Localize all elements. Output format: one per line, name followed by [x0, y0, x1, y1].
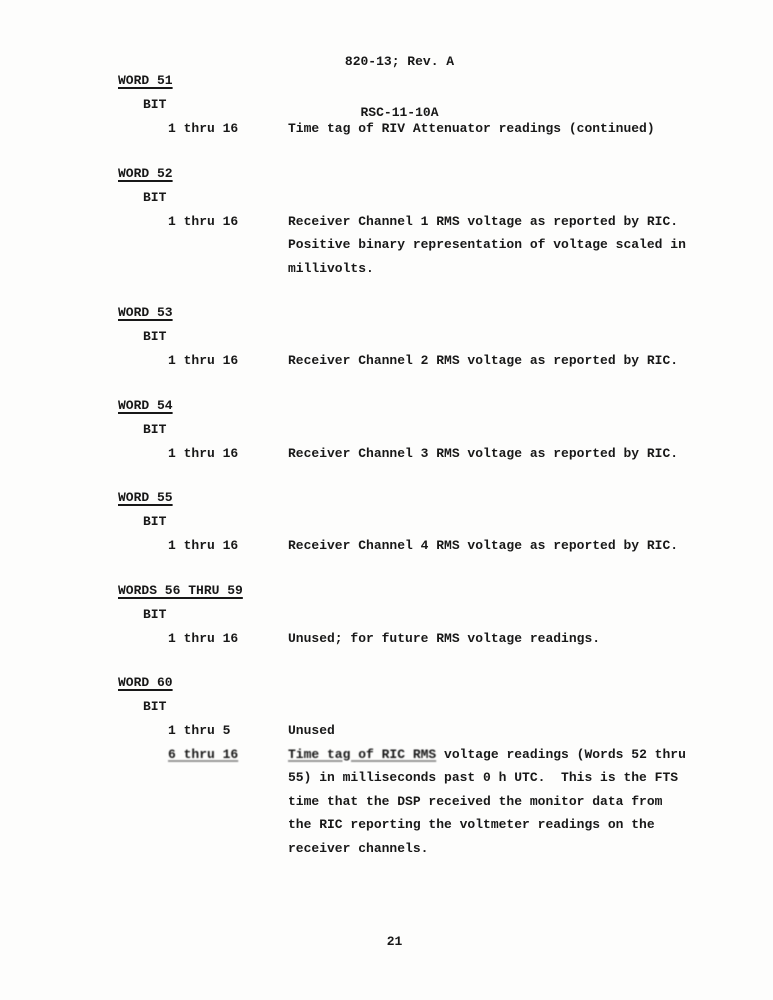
bit-range: 1 thru 16 [168, 442, 288, 466]
bit-range: 1 thru 16 [168, 627, 288, 651]
word-section: WORD 53BIT1 thru 16Receiver Channel 2 RM… [0, 301, 773, 373]
bit-label: BIT [143, 510, 773, 534]
description-line: the RIC reporting the voltmeter readings… [288, 813, 773, 837]
description-line: 55) in milliseconds past 0 h UTC. This i… [288, 766, 773, 790]
bit-range: 6 thru 16 [168, 743, 288, 861]
word-heading: WORD 54 [118, 398, 173, 413]
bit-row: 1 thru 16Receiver Channel 2 RMS voltage … [168, 349, 773, 373]
word-heading-row: WORD 55 [118, 486, 773, 510]
word-heading-row: WORDS 56 THRU 59 [118, 579, 773, 603]
bit-label: BIT [143, 325, 773, 349]
word-section: WORD 52BIT1 thru 16Receiver Channel 1 RM… [0, 162, 773, 281]
description-line: Positive binary representation of voltag… [288, 233, 773, 257]
bit-row: 1 thru 16Receiver Channel 4 RMS voltage … [168, 534, 773, 558]
bit-row: 1 thru 16Receiver Channel 3 RMS voltage … [168, 442, 773, 466]
bit-description: Receiver Channel 1 RMS voltage as report… [288, 210, 773, 281]
word-heading: WORD 52 [118, 166, 173, 181]
word-heading-row: WORD 60 [118, 671, 773, 695]
bit-range: 1 thru 16 [168, 534, 288, 558]
description-line: Receiver Channel 3 RMS voltage as report… [288, 442, 773, 466]
word-heading-row: WORD 54 [118, 394, 773, 418]
description-line: time that the DSP received the monitor d… [288, 790, 773, 814]
word-heading: WORD 55 [118, 490, 173, 505]
bit-label: BIT [143, 186, 773, 210]
bit-row: 1 thru 16Time tag of RIV Attenuator read… [168, 117, 773, 141]
bit-description: Unused [288, 719, 773, 743]
word-heading-row: WORD 52 [118, 162, 773, 186]
bit-range: 1 thru 5 [168, 719, 288, 743]
bit-range: 1 thru 16 [168, 349, 288, 373]
description-line: millivolts. [288, 257, 773, 281]
bit-row: 1 thru 16Unused; for future RMS voltage … [168, 627, 773, 651]
description-line: Receiver Channel 4 RMS voltage as report… [288, 534, 773, 558]
description-line: Unused; for future RMS voltage readings. [288, 627, 773, 651]
word-section: WORD 55BIT1 thru 16Receiver Channel 4 RM… [0, 486, 773, 558]
bit-range: 1 thru 16 [168, 117, 288, 141]
description-line: Receiver Channel 2 RMS voltage as report… [288, 349, 773, 373]
bit-range: 1 thru 16 [168, 210, 288, 281]
word-section: WORD 51BIT1 thru 16Time tag of RIV Atten… [0, 69, 773, 141]
description-line: receiver channels. [288, 837, 773, 861]
word-heading-row: WORD 53 [118, 301, 773, 325]
description-line: Time tag of RIC RMS voltage readings (Wo… [288, 743, 773, 767]
bit-description: Time tag of RIC RMS voltage readings (Wo… [288, 743, 773, 861]
page-number: 21 [387, 934, 403, 949]
word-section: WORD 54BIT1 thru 16Receiver Channel 3 RM… [0, 394, 773, 466]
bit-label: BIT [143, 93, 773, 117]
document-page: 820-13; Rev. A RSC-11-10A WORD 51BIT1 th… [0, 0, 773, 1000]
word-heading: WORD 51 [118, 73, 173, 88]
document-body: WORD 51BIT1 thru 16Time tag of RIV Atten… [0, 69, 773, 881]
word-section: WORD 60BIT1 thru 5Unused6 thru 16Time ta… [0, 671, 773, 860]
description-line: Time tag of RIV Attenuator readings (con… [288, 117, 773, 141]
bit-row: 1 thru 5Unused [168, 719, 773, 743]
bit-label: BIT [143, 695, 773, 719]
bit-description: Receiver Channel 4 RMS voltage as report… [288, 534, 773, 558]
word-section: WORDS 56 THRU 59BIT1 thru 16Unused; for … [0, 579, 773, 651]
bit-label: BIT [143, 418, 773, 442]
word-heading: WORD 60 [118, 675, 173, 690]
bit-row: 1 thru 16Receiver Channel 1 RMS voltage … [168, 210, 773, 281]
word-heading: WORD 53 [118, 305, 173, 320]
page-footer: 21 [8, 930, 773, 954]
word-heading-row: WORD 51 [118, 69, 773, 93]
bit-description: Receiver Channel 2 RMS voltage as report… [288, 349, 773, 373]
bit-description: Receiver Channel 3 RMS voltage as report… [288, 442, 773, 466]
bit-row: 6 thru 16Time tag of RIC RMS voltage rea… [168, 743, 773, 861]
description-line: Unused [288, 719, 773, 743]
smudged-text: Time tag of RIC RMS [288, 747, 436, 762]
description-line: Receiver Channel 1 RMS voltage as report… [288, 210, 773, 234]
bit-label: BIT [143, 603, 773, 627]
bit-description: Time tag of RIV Attenuator readings (con… [288, 117, 773, 141]
word-heading: WORDS 56 THRU 59 [118, 583, 243, 598]
doc-number: 820-13; Rev. A [13, 53, 773, 70]
bit-description: Unused; for future RMS voltage readings. [288, 627, 773, 651]
